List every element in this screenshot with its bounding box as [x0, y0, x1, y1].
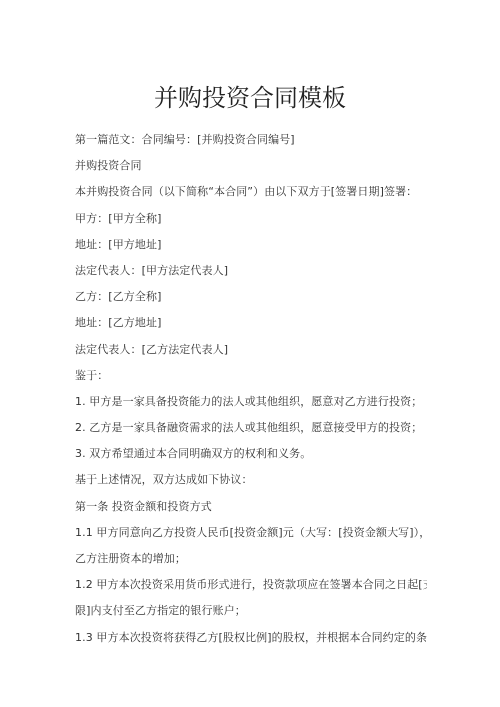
party-b-name-line: 乙方：[乙方全称]	[75, 284, 427, 310]
party-a-address-line: 地址：[甲方地址]	[75, 232, 427, 258]
contract-number-line: 第一篇范文：合同编号：[并购投资合同编号]	[75, 127, 427, 153]
clause-1-1-line-1: 1.1 甲方同意向乙方投资人民币[投资金额]元（大写：[投资金额大写]），作为对	[75, 520, 427, 546]
party-a-representative-line: 法定代表人：[甲方法定代表人]	[75, 258, 427, 284]
whereas-item-3: 3. 双方希望通过本合同明确双方的权利和义务。	[75, 441, 427, 467]
document-body: 第一篇范文：合同编号：[并购投资合同编号] 并购投资合同 本并购投资合同（以下简…	[75, 127, 427, 651]
article-1-heading: 第一条 投资金额和投资方式	[75, 494, 427, 520]
document-title: 并购投资合同模板	[0, 82, 500, 114]
clause-1-2-line-2: 限]内支付至乙方指定的银行账户；	[75, 598, 427, 624]
whereas-heading: 鉴于：	[75, 363, 427, 389]
whereas-item-2: 2. 乙方是一家具备融资需求的法人或其他组织，愿意接受甲方的投资；	[75, 415, 427, 441]
party-b-representative-line: 法定代表人：[乙方法定代表人]	[75, 337, 427, 363]
preamble-line: 本并购投资合同（以下简称“本合同”）由以下双方于[签署日期]签署：	[75, 179, 427, 205]
party-b-address-line: 地址：[乙方地址]	[75, 310, 427, 336]
party-a-name-line: 甲方：[甲方全称]	[75, 206, 427, 232]
whereas-item-1: 1. 甲方是一家具备投资能力的法人或其他组织，愿意对乙方进行投资；	[75, 389, 427, 415]
clause-1-3-line-1: 1.3 甲方本次投资将获得乙方[股权比例]的股权，并根据本合同约定的条款享有	[75, 625, 427, 651]
clause-1-1-line-2: 乙方注册资本的增加；	[75, 546, 427, 572]
contract-name-line: 并购投资合同	[75, 153, 427, 179]
clause-1-2-line-1: 1.2 甲方本次投资采用货币形式进行，投资款项应在签署本合同之日起[支付期	[75, 572, 427, 598]
agreement-intro-line: 基于上述情况，双方达成如下协议：	[75, 467, 427, 493]
